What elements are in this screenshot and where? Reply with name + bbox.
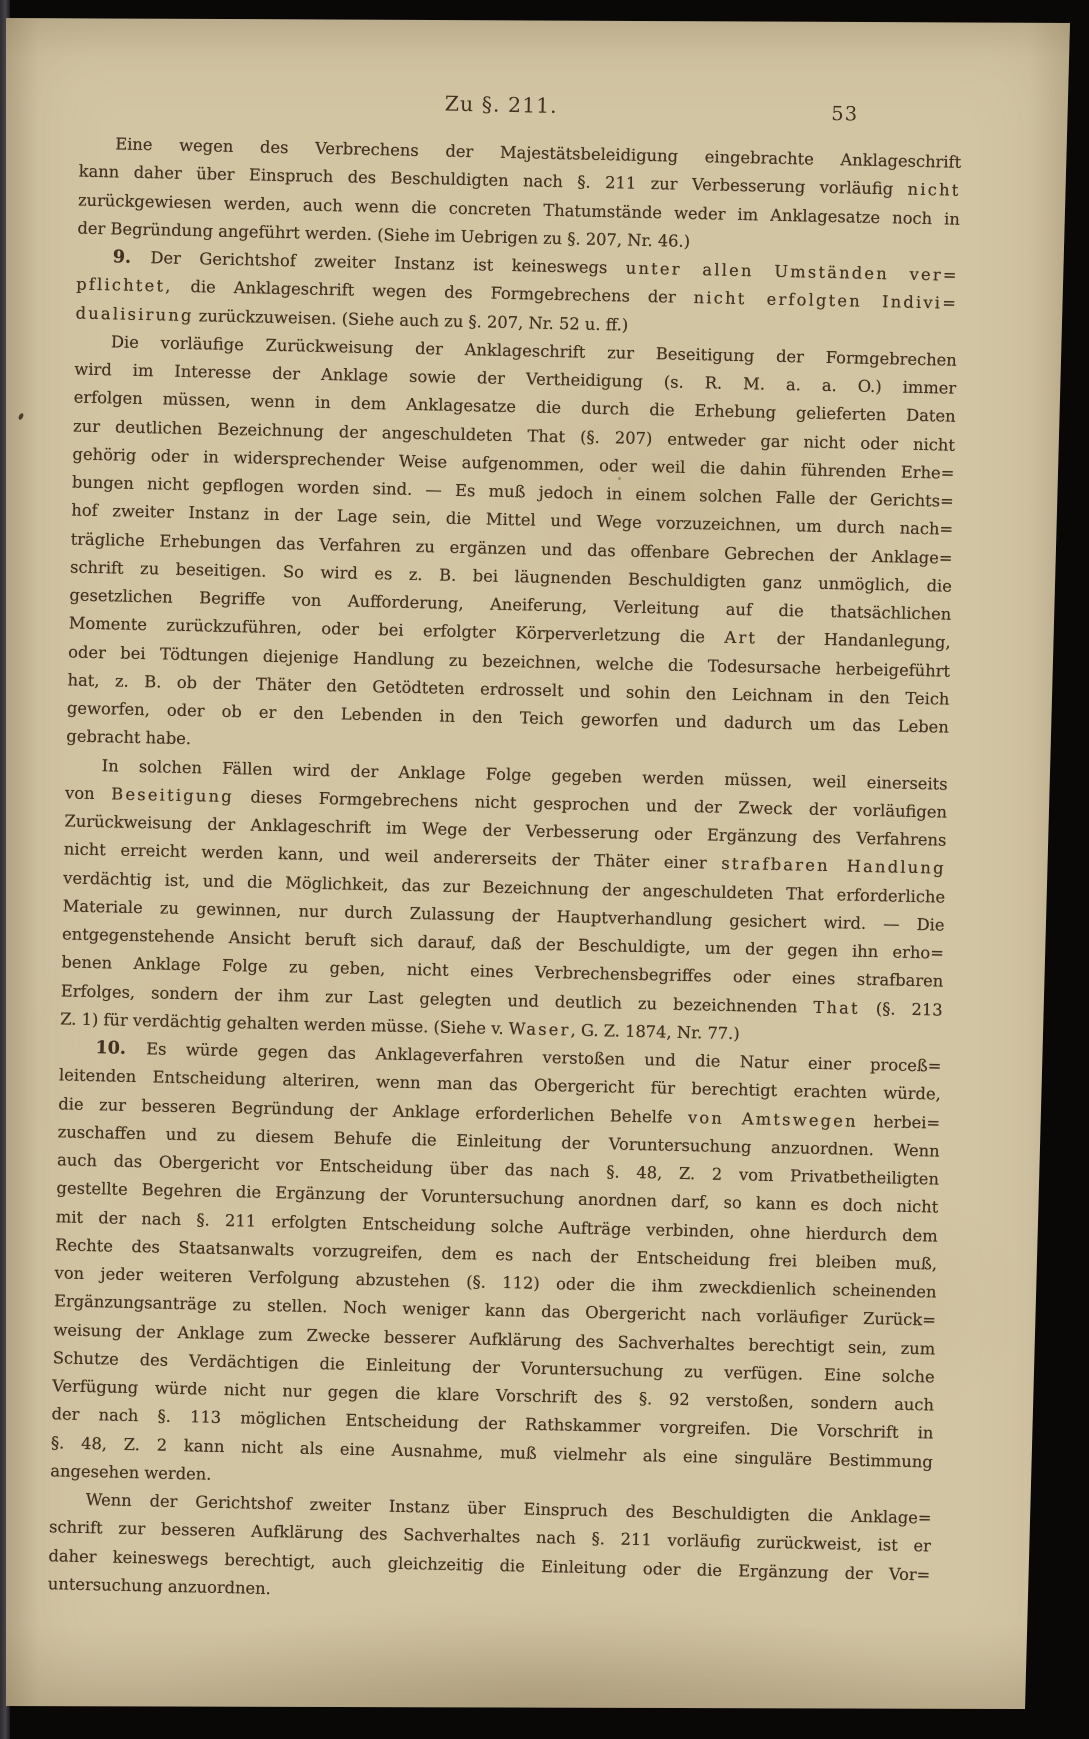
paragraph: Eine wegen des Verbrechens der Majestäts… bbox=[77, 130, 961, 262]
text-segment: pflichtet, bbox=[76, 275, 173, 296]
text-segment: That bbox=[813, 997, 860, 1017]
text-segment: von bbox=[65, 783, 112, 803]
text-segment: Art bbox=[724, 628, 757, 648]
text-segment: unter allen Umständen ver= bbox=[626, 258, 959, 284]
paragraph: 10. Es würde gegen das Anklageverfahren … bbox=[50, 1033, 942, 1504]
scanned-book-page: Zu §. 211. 53 Eine wegen des Verbrechens… bbox=[0, 0, 1089, 1739]
paragraph: Wenn der Gerichtshof zweiter Instanz übe… bbox=[48, 1485, 932, 1617]
book-page-paper: Zu §. 211. 53 Eine wegen des Verbrechens… bbox=[6, 15, 1072, 1710]
text-segment: zurückzuweisen. (Siehe auch zu §. 207, N… bbox=[193, 306, 628, 334]
paragraph-number: 9. bbox=[113, 247, 151, 268]
paragraph-number: 10. bbox=[95, 1038, 146, 1059]
text-segment: Waser bbox=[509, 1019, 571, 1039]
text-segment: dualisirung bbox=[75, 303, 193, 325]
paper-speck bbox=[18, 412, 25, 420]
text-segment: Beseitigung bbox=[111, 784, 234, 806]
page-number: 53 bbox=[831, 102, 858, 126]
text-segment: (§. 213 bbox=[860, 998, 943, 1019]
paragraph: In solchen Fällen wird der Anklage Folge… bbox=[60, 751, 948, 1053]
section-title: Zu §. 211. bbox=[445, 92, 558, 118]
text-segment: gebracht habe. bbox=[66, 727, 191, 749]
text-segment: angesehen werden. bbox=[50, 1461, 211, 1484]
text-segment: , G. Z. 1874, Nr. 77.) bbox=[570, 1020, 739, 1043]
page-body: Eine wegen des Verbrechens der Majestäts… bbox=[48, 130, 962, 1618]
text-segment: Z. 1) für verdächtig gehalten werden müs… bbox=[60, 1009, 509, 1038]
page-header: Zu §. 211. 53 bbox=[80, 84, 962, 135]
text-segment: strafbaren Handlung bbox=[721, 854, 946, 878]
text-segment: untersuchung anzuordnen. bbox=[48, 1574, 271, 1598]
text-segment: der Handanlegung, bbox=[757, 629, 951, 652]
text-segment: nicht erfolgten Indivi= bbox=[693, 288, 958, 313]
page-text-block: Zu §. 211. 53 Eine wegen des Verbrechens… bbox=[48, 84, 963, 1618]
paragraph: Die vorläufige Zurückweisung der Anklage… bbox=[66, 327, 957, 770]
text-segment: herbei= bbox=[858, 1111, 941, 1132]
text-segment: von Amtswegen bbox=[688, 1108, 858, 1131]
text-segment: nicht bbox=[907, 180, 960, 200]
